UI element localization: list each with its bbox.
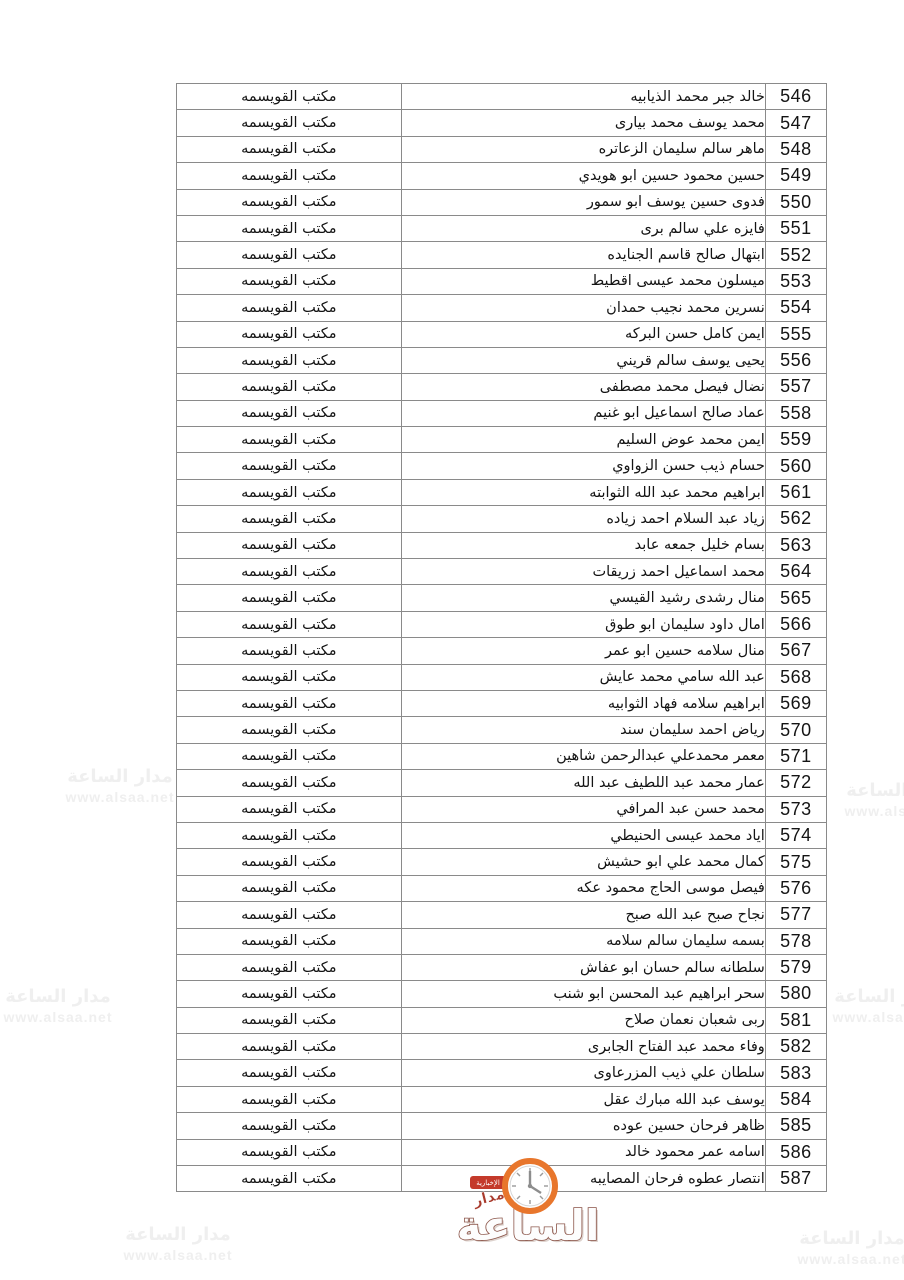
office-name-cell: مكتب القويسمه (177, 1139, 402, 1165)
office-name-cell: مكتب القويسمه (177, 453, 402, 479)
office-name-cell: مكتب القويسمه (177, 215, 402, 241)
office-name-cell: مكتب القويسمه (177, 875, 402, 901)
office-name-cell: مكتب القويسمه (177, 1060, 402, 1086)
serial-number-cell: 566 (765, 611, 826, 637)
office-name-cell: مكتب القويسمه (177, 506, 402, 532)
table-row: 549 حسين محمود حسين ابو هويدي مكتب القوي… (177, 163, 827, 189)
person-name-cell: ظاهر فرحان حسين عوده (401, 1113, 765, 1139)
table-row: 576 فيصل موسى الحاج محمود عكه مكتب القوي… (177, 875, 827, 901)
person-name-cell: ابراهيم محمد عبد الله الثوابته (401, 479, 765, 505)
person-name-cell: نضال فيصل محمد مصطفى (401, 374, 765, 400)
person-name-cell: ابراهيم سلامه فهاد الثوابيه (401, 690, 765, 716)
serial-number-cell: 556 (765, 347, 826, 373)
office-name-cell: مكتب القويسمه (177, 479, 402, 505)
office-name-cell: مكتب القويسمه (177, 796, 402, 822)
office-name-cell: مكتب القويسمه (177, 822, 402, 848)
office-name-cell: مكتب القويسمه (177, 585, 402, 611)
watermark-url-text: www.alsaa.net (824, 803, 904, 821)
serial-number-cell: 546 (765, 84, 826, 110)
serial-number-cell: 568 (765, 664, 826, 690)
person-name-cell: حسام ذيب حسن الزواوي (401, 453, 765, 479)
person-name-cell: امال داود سليمان ابو طوق (401, 611, 765, 637)
serial-number-cell: 562 (765, 506, 826, 532)
serial-number-cell: 581 (765, 1007, 826, 1033)
office-name-cell: مكتب القويسمه (177, 638, 402, 664)
watermark-mid-left: مدار الساعة www.alsaa.net (55, 766, 185, 806)
office-name-cell: مكتب القويسمه (177, 163, 402, 189)
person-name-cell: ابتهال صالح قاسم الجنايده (401, 242, 765, 268)
table-row: 560 حسام ذيب حسن الزواوي مكتب القويسمه (177, 453, 827, 479)
serial-number-cell: 575 (765, 849, 826, 875)
office-name-cell: مكتب القويسمه (177, 928, 402, 954)
person-name-cell: منال سلامه حسين ابو عمر (401, 638, 765, 664)
table-row: 585 ظاهر فرحان حسين عوده مكتب القويسمه (177, 1113, 827, 1139)
table-row: 555 ايمن كامل حسن البركه مكتب القويسمه (177, 321, 827, 347)
office-name-cell: مكتب القويسمه (177, 242, 402, 268)
person-name-cell: نسرين محمد نجيب حمدان (401, 295, 765, 321)
serial-number-cell: 549 (765, 163, 826, 189)
serial-number-cell: 585 (765, 1113, 826, 1139)
serial-number-cell: 564 (765, 559, 826, 585)
serial-number-cell: 586 (765, 1139, 826, 1165)
table-row: 546 خالد جبر محمد الذيابيه مكتب القويسمه (177, 84, 827, 110)
office-name-cell: مكتب القويسمه (177, 110, 402, 136)
office-name-cell: مكتب القويسمه (177, 1034, 402, 1060)
office-name-cell: مكتب القويسمه (177, 189, 402, 215)
serial-number-cell: 565 (765, 585, 826, 611)
table-row: 582 وفاء محمد عبد الفتاح الجابرى مكتب ال… (177, 1034, 827, 1060)
serial-number-cell: 560 (765, 453, 826, 479)
serial-number-cell: 551 (765, 215, 826, 241)
table-row: 564 محمد اسماعيل احمد زريقات مكتب القويس… (177, 559, 827, 585)
table-row: 575 كمال محمد علي ابو حشيش مكتب القويسمه (177, 849, 827, 875)
person-name-cell: يحيى يوسف سالم قريني (401, 347, 765, 373)
clock-icon (505, 1161, 555, 1211)
table-row: 581 ربى شعبان نعمان صلاح مكتب القويسمه (177, 1007, 827, 1033)
table-row: 580 سحر ابراهيم عبد المحسن ابو شنب مكتب … (177, 981, 827, 1007)
office-name-cell: مكتب القويسمه (177, 981, 402, 1007)
serial-number-cell: 554 (765, 295, 826, 321)
table-row: 570 رياض احمد سليمان سند مكتب القويسمه (177, 717, 827, 743)
office-name-cell: مكتب القويسمه (177, 849, 402, 875)
table-row: 566 امال داود سليمان ابو طوق مكتب القويس… (177, 611, 827, 637)
person-name-cell: سلطان علي ذيب المزرعاوى (401, 1060, 765, 1086)
table-row: 557 نضال فيصل محمد مصطفى مكتب القويسمه (177, 374, 827, 400)
office-name-cell: مكتب القويسمه (177, 1007, 402, 1033)
table-row: 584 يوسف عبد الله مبارك عقل مكتب القويسم… (177, 1086, 827, 1112)
table-row: 561 ابراهيم محمد عبد الله الثوابته مكتب … (177, 479, 827, 505)
serial-number-cell: 567 (765, 638, 826, 664)
person-name-cell: وفاء محمد عبد الفتاح الجابرى (401, 1034, 765, 1060)
table-row: 559 ايمن محمد عوض السليم مكتب القويسمه (177, 427, 827, 453)
person-name-cell: نجاح صبح عبد الله صبح (401, 902, 765, 928)
person-name-cell: يوسف عبد الله مبارك عقل (401, 1086, 765, 1112)
table-row: 552 ابتهال صالح قاسم الجنايده مكتب القوي… (177, 242, 827, 268)
serial-number-cell: 574 (765, 822, 826, 848)
serial-number-cell: 584 (765, 1086, 826, 1112)
person-name-cell: عبد الله سامي محمد عايش (401, 664, 765, 690)
office-name-cell: مكتب القويسمه (177, 954, 402, 980)
table-row: 553 ميسلون محمد عيسى اقطيط مكتب القويسمه (177, 268, 827, 294)
office-name-cell: مكتب القويسمه (177, 1113, 402, 1139)
person-name-cell: محمد حسن عبد المرافي (401, 796, 765, 822)
serial-number-cell: 547 (765, 110, 826, 136)
office-name-cell: مكتب القويسمه (177, 1166, 402, 1192)
watermark-bottom-right: مدار الساعة www.alsaa.net (782, 1228, 904, 1268)
office-name-cell: مكتب القويسمه (177, 559, 402, 585)
serial-number-cell: 570 (765, 717, 826, 743)
table-row: 571 معمر محمدعلي عبدالرحمن شاهين مكتب ال… (177, 743, 827, 769)
person-name-cell: اياد محمد عيسى الحنيطي (401, 822, 765, 848)
office-name-cell: مكتب القويسمه (177, 902, 402, 928)
watermark-brand-text: مدار الساعة (0, 986, 128, 1009)
watermark-mid-right: مدار الساعة www.alsaa.net (824, 780, 904, 820)
names-table: 546 خالد جبر محمد الذيابيه مكتب القويسمه… (176, 83, 827, 1192)
person-name-cell: خالد جبر محمد الذيابيه (401, 84, 765, 110)
table-row: 554 نسرين محمد نجيب حمدان مكتب القويسمه (177, 295, 827, 321)
serial-number-cell: 580 (765, 981, 826, 1007)
watermark-brand-text: مدار الساعة (824, 780, 904, 803)
person-name-cell: حسين محمود حسين ابو هويدي (401, 163, 765, 189)
table-row: 567 منال سلامه حسين ابو عمر مكتب القويسم… (177, 638, 827, 664)
office-name-cell: مكتب القويسمه (177, 84, 402, 110)
person-name-cell: ايمن محمد عوض السليم (401, 427, 765, 453)
person-name-cell: فدوى حسين يوسف ابو سمور (401, 189, 765, 215)
serial-number-cell: 579 (765, 954, 826, 980)
serial-number-cell: 563 (765, 532, 826, 558)
office-name-cell: مكتب القويسمه (177, 295, 402, 321)
serial-number-cell: 576 (765, 875, 826, 901)
person-name-cell: ايمن كامل حسن البركه (401, 321, 765, 347)
person-name-cell: ميسلون محمد عيسى اقطيط (401, 268, 765, 294)
watermark-url-text: www.alsaa.net (55, 789, 185, 807)
serial-number-cell: 587 (765, 1166, 826, 1192)
office-name-cell: مكتب القويسمه (177, 321, 402, 347)
table-row: 583 سلطان علي ذيب المزرعاوى مكتب القويسم… (177, 1060, 827, 1086)
office-name-cell: مكتب القويسمه (177, 532, 402, 558)
office-name-cell: مكتب القويسمه (177, 427, 402, 453)
office-name-cell: مكتب القويسمه (177, 743, 402, 769)
serial-number-cell: 578 (765, 928, 826, 954)
table-row: 563 بسام خليل جمعه عابد مكتب القويسمه (177, 532, 827, 558)
person-name-cell: سلطانه سالم حسان ابو عفاش (401, 954, 765, 980)
person-name-cell: منال رشدى رشيد القيسي (401, 585, 765, 611)
person-name-cell: رياض احمد سليمان سند (401, 717, 765, 743)
serial-number-cell: 553 (765, 268, 826, 294)
serial-number-cell: 569 (765, 690, 826, 716)
office-name-cell: مكتب القويسمه (177, 347, 402, 373)
table-row: 548 ماهر سالم سليمان الزعاتره مكتب القوي… (177, 136, 827, 162)
watermark-brand-text: مدار الساعة (108, 1224, 248, 1247)
serial-number-cell: 557 (765, 374, 826, 400)
table-row: 579 سلطانه سالم حسان ابو عفاش مكتب القوي… (177, 954, 827, 980)
person-name-cell: بسام خليل جمعه عابد (401, 532, 765, 558)
office-name-cell: مكتب القويسمه (177, 664, 402, 690)
watermark-brand-text: مدار الساعة (782, 1228, 904, 1251)
person-name-cell: عماد صالح اسماعيل ابو غنيم (401, 400, 765, 426)
serial-number-cell: 572 (765, 770, 826, 796)
table-row: 578 بسمه سليمان سالم سلامه مكتب القويسمه (177, 928, 827, 954)
table-row: 558 عماد صالح اسماعيل ابو غنيم مكتب القو… (177, 400, 827, 426)
person-name-cell: زياد عبد السلام احمد زياده (401, 506, 765, 532)
watermark-url-text: www.alsaa.net (108, 1247, 248, 1265)
person-name-cell: معمر محمدعلي عبدالرحمن شاهين (401, 743, 765, 769)
office-name-cell: مكتب القويسمه (177, 1086, 402, 1112)
table-body: 546 خالد جبر محمد الذيابيه مكتب القويسمه… (177, 84, 827, 1192)
office-name-cell: مكتب القويسمه (177, 374, 402, 400)
table-row: 574 اياد محمد عيسى الحنيطي مكتب القويسمه (177, 822, 827, 848)
badge-text: الإخبارية (476, 1179, 500, 1187)
office-name-cell: مكتب القويسمه (177, 400, 402, 426)
logo-badge: الإخبارية (470, 1176, 506, 1189)
serial-number-cell: 558 (765, 400, 826, 426)
watermark-url-text: www.alsaa.net (782, 1251, 904, 1269)
serial-number-cell: 548 (765, 136, 826, 162)
serial-number-cell: 571 (765, 743, 826, 769)
table-row: 556 يحيى يوسف سالم قريني مكتب القويسمه (177, 347, 827, 373)
watermark-brand-text: مدار الساعة (55, 766, 185, 789)
serial-number-cell: 582 (765, 1034, 826, 1060)
office-name-cell: مكتب القويسمه (177, 717, 402, 743)
document-page: 546 خالد جبر محمد الذيابيه مكتب القويسمه… (0, 0, 904, 1280)
serial-number-cell: 552 (765, 242, 826, 268)
office-name-cell: مكتب القويسمه (177, 268, 402, 294)
serial-number-cell: 573 (765, 796, 826, 822)
table-row: 573 محمد حسن عبد المرافي مكتب القويسمه (177, 796, 827, 822)
office-name-cell: مكتب القويسمه (177, 770, 402, 796)
table-row: 572 عمار محمد عبد اللطيف عبد الله مكتب ا… (177, 770, 827, 796)
person-name-cell: محمد اسماعيل احمد زريقات (401, 559, 765, 585)
serial-number-cell: 555 (765, 321, 826, 347)
person-name-cell: بسمه سليمان سالم سلامه (401, 928, 765, 954)
person-name-cell: ربى شعبان نعمان صلاح (401, 1007, 765, 1033)
serial-number-cell: 583 (765, 1060, 826, 1086)
table-row: 562 زياد عبد السلام احمد زياده مكتب القو… (177, 506, 827, 532)
serial-number-cell: 550 (765, 189, 826, 215)
person-name-cell: محمد يوسف محمد بيارى (401, 110, 765, 136)
person-name-cell: سحر ابراهيم عبد المحسن ابو شنب (401, 981, 765, 1007)
table-row: 547 محمد يوسف محمد بيارى مكتب القويسمه (177, 110, 827, 136)
office-name-cell: مكتب القويسمه (177, 136, 402, 162)
madar-alsaa-logo: الساعة الساعة مدار الإخبارية (440, 1140, 610, 1270)
table-row: 568 عبد الله سامي محمد عايش مكتب القويسم… (177, 664, 827, 690)
person-name-cell: ماهر سالم سليمان الزعاتره (401, 136, 765, 162)
person-name-cell: فيصل موسى الحاج محمود عكه (401, 875, 765, 901)
serial-number-cell: 577 (765, 902, 826, 928)
watermark-url-text: www.alsaa.net (0, 1009, 128, 1027)
table-row: 550 فدوى حسين يوسف ابو سمور مكتب القويسم… (177, 189, 827, 215)
serial-number-cell: 561 (765, 479, 826, 505)
table-row: 577 نجاح صبح عبد الله صبح مكتب القويسمه (177, 902, 827, 928)
person-name-cell: عمار محمد عبد اللطيف عبد الله (401, 770, 765, 796)
serial-number-cell: 559 (765, 427, 826, 453)
office-name-cell: مكتب القويسمه (177, 611, 402, 637)
table-row: 551 فايزه علي سالم برى مكتب القويسمه (177, 215, 827, 241)
watermark-bottom-left: مدار الساعة www.alsaa.net (108, 1224, 248, 1264)
table-row: 565 منال رشدى رشيد القيسي مكتب القويسمه (177, 585, 827, 611)
person-name-cell: فايزه علي سالم برى (401, 215, 765, 241)
person-name-cell: كمال محمد علي ابو حشيش (401, 849, 765, 875)
office-name-cell: مكتب القويسمه (177, 690, 402, 716)
table-row: 569 ابراهيم سلامه فهاد الثوابيه مكتب الق… (177, 690, 827, 716)
watermark-lower-left: مدار الساعة www.alsaa.net (0, 986, 128, 1026)
